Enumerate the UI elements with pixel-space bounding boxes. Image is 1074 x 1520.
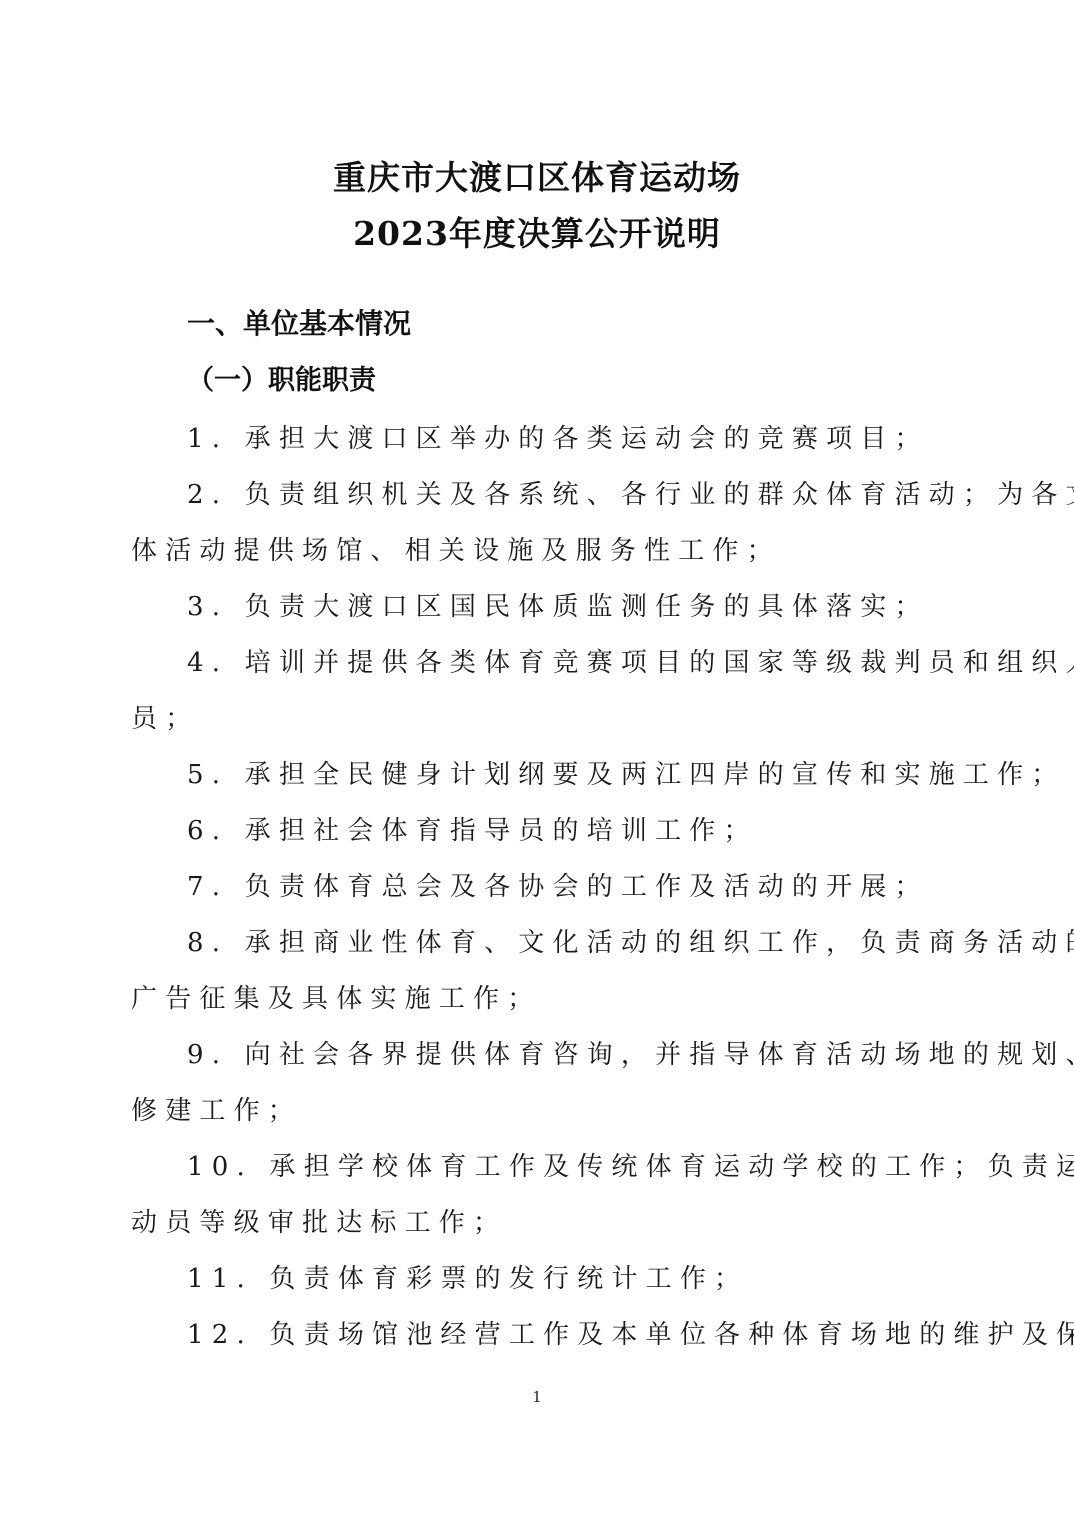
- paragraph-line: 10. 承担学校体育工作及传统体育运动学校的工作；负责运: [187, 1146, 1074, 1183]
- page-number: 1: [0, 1388, 1074, 1406]
- paragraph-line: 9. 向社会各界提供体育咨询，并指导体育活动场地的规划、: [187, 1034, 1074, 1071]
- paragraph-line: 员；: [131, 698, 199, 735]
- paragraph-line: 1. 承担大渡口区举办的各类运动会的竞赛项目；: [187, 418, 929, 455]
- paragraph-line: 12. 负责场馆池经营工作及本单位各种体育场地的维护及保: [187, 1314, 1074, 1351]
- document-title-line-1: 重庆市大渡口区体育运动场: [0, 152, 1074, 199]
- paragraph-line: 体活动提供场馆、相关设施及服务性工作；: [131, 530, 781, 567]
- paragraph-line: 5. 承担全民健身计划纲要及两江四岸的宣传和实施工作；: [187, 754, 1065, 791]
- paragraph-line: 广告征集及具体实施工作；: [131, 978, 541, 1015]
- paragraph-line: 6. 承担社会体育指导员的培训工作；: [187, 810, 758, 847]
- paragraph-line: 8. 承担商业性体育、文化活动的组织工作，负责商务活动的: [187, 922, 1074, 959]
- paragraph-line: 2. 负责组织机关及各系统、各行业的群众体育活动；为各文: [187, 474, 1074, 511]
- section-heading-basic-info: 一、单位基本情况: [187, 302, 411, 342]
- paragraph-line: 动员等级审批达标工作；: [131, 1202, 507, 1239]
- paragraph-line: 7. 负责体育总会及各协会的工作及活动的开展；: [187, 866, 929, 903]
- paragraph-line: 修建工作；: [131, 1090, 302, 1127]
- document-title-line-2: 2023年度决算公开说明: [0, 208, 1074, 255]
- paragraph-line: 4. 培训并提供各类体育竞赛项目的国家等级裁判员和组织人: [187, 642, 1074, 679]
- paragraph-line: 3. 负责大渡口区国民体质监测任务的具体落实；: [187, 586, 929, 623]
- subsection-heading-functions: （一）职能职责: [187, 358, 376, 397]
- paragraph-line: 11. 负责体育彩票的发行统计工作；: [187, 1258, 748, 1295]
